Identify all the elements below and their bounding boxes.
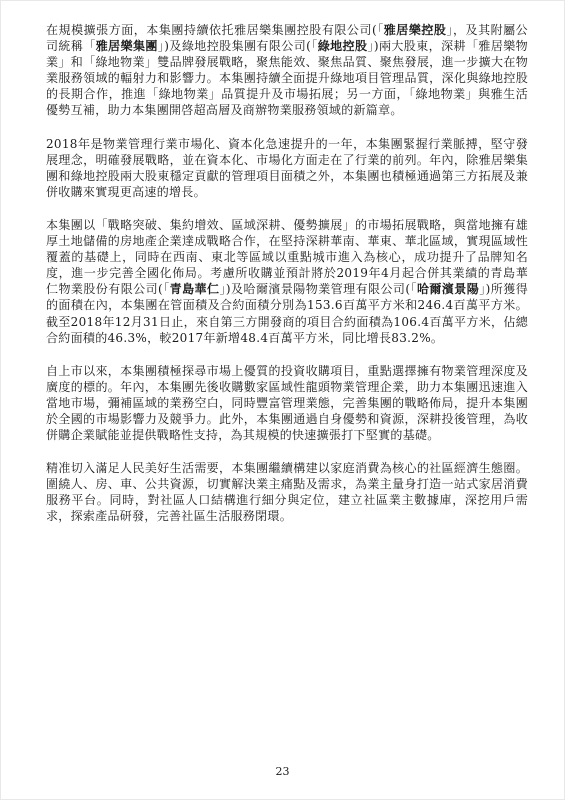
paragraph-text: 」)及哈爾濱景陽物業管理有限公司(「	[219, 282, 416, 296]
paragraph-scale-expansion: 在規模擴張方面，本集團持續依托雅居樂集團控股有限公司(「雅居樂控股」，及其附屬公…	[46, 22, 528, 119]
defined-term-qingdao-huaren: 青島華仁	[170, 282, 220, 296]
paragraph-community-economy: 精准切入滿足人民美好生活需要，本集團繼續構建以家庭消費為核心的社區經濟生態圈。圍…	[46, 460, 528, 524]
paragraph-text: 精准切入滿足人民美好生活需要，本集團繼續構建以家庭消費為核心的社區經濟生態圈。圍…	[46, 461, 528, 523]
defined-term-greenland-holdings: 綠地控股	[318, 39, 368, 53]
document-page: 在規模擴張方面，本集團持續依托雅居樂集團控股有限公司(「雅居樂控股」，及其附屬公…	[0, 0, 565, 800]
page-body: 在規模擴張方面，本集團持續依托雅居樂集團控股有限公司(「雅居樂控股」，及其附屬公…	[46, 22, 528, 542]
paragraph-market-expansion-strategy: 本集團以「戰略突破、集約增效、區域深耕、優勢擴展」的市場拓展戰略，與當地擁有雄厚…	[46, 217, 528, 346]
paragraph-text: 在規模擴張方面，本集團持續依托雅居樂集團控股有限公司(「	[46, 23, 384, 37]
paragraph-text: 自上市以來，本集團積極探尋市場上優質的投資收購項目，重點選擇擁有物業管理深度及廣…	[46, 364, 528, 442]
page-number: 23	[1, 765, 564, 778]
paragraph-acquisitions: 自上市以來，本集團積極探尋市場上優質的投資收購項目，重點選擇擁有物業管理深度及廣…	[46, 363, 528, 443]
paragraph-industry-2018: 2018年是物業管理行業市場化、資本化急速提升的一年，本集團緊握行業脈搏，堅守發…	[46, 136, 528, 200]
paragraph-text: 」)及綠地控股集團有限公司(「	[158, 39, 318, 53]
defined-term-harbin-jingyang: 哈爾濱景陽	[417, 282, 479, 296]
defined-term-agile-holdings: 雅居樂控股	[384, 23, 447, 37]
defined-term-agile-group: 雅居樂集團	[96, 39, 158, 53]
paragraph-text: 2018年是物業管理行業市場化、資本化急速提升的一年，本集團緊握行業脈搏，堅守發…	[46, 137, 528, 199]
